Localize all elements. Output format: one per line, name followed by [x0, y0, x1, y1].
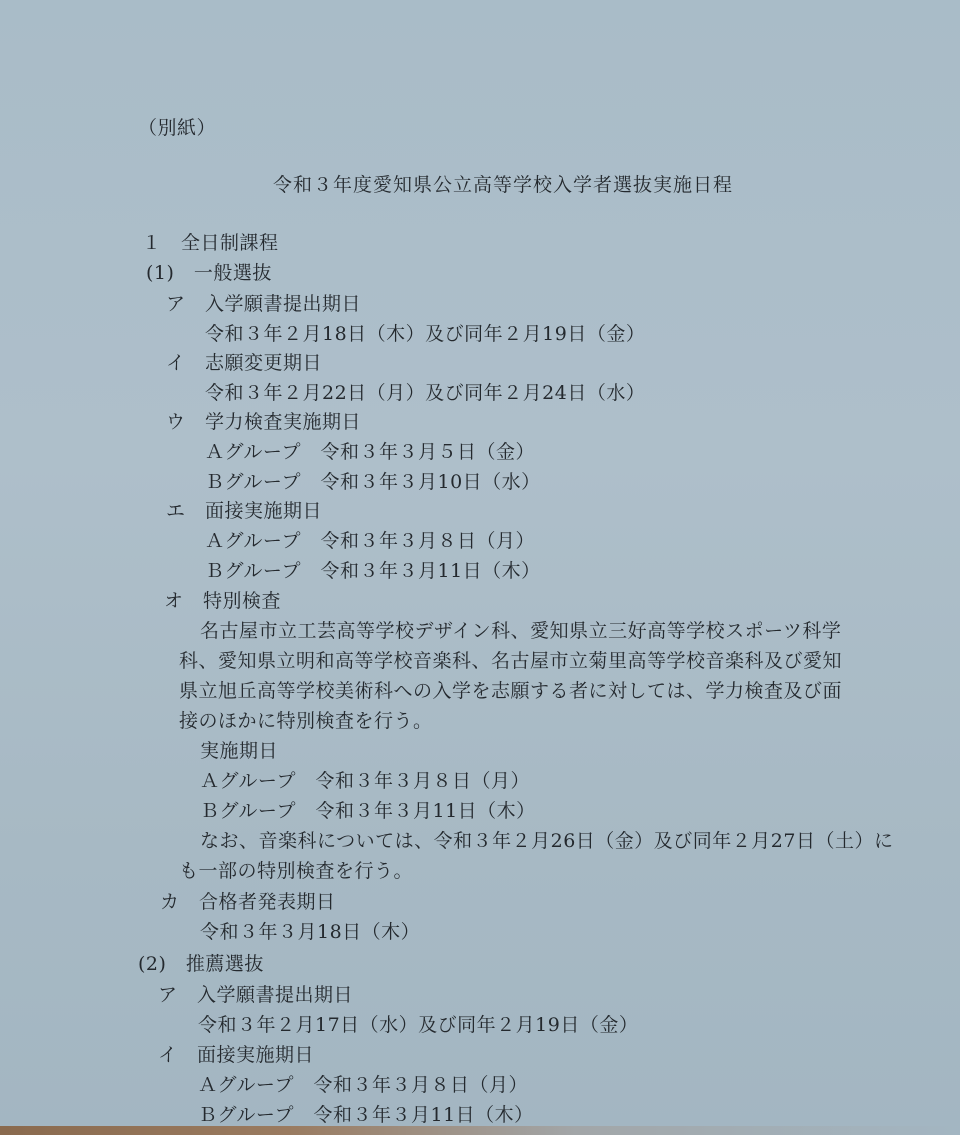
item-value: Ａグループ 令和３年３月８日（月）: [205, 529, 535, 553]
note-line: なお、音楽科については、令和３年２月26日（金）及び同年２月27日（土）に: [200, 829, 893, 853]
item-label: ア 入学願書提出期日: [158, 983, 353, 1007]
item-value: Ｂグループ 令和３年３月11日（木）: [198, 1103, 534, 1127]
item-sublabel: 実施期日: [200, 739, 278, 763]
item-value: 令和３年２月18日（木）及び同年２月19日（金）: [205, 322, 645, 346]
item-value: 令和３年３月18日（木）: [200, 920, 420, 944]
document-title: 令和３年度愛知県公立高等学校入学者選抜実施日程: [273, 173, 733, 197]
item-value: Ｂグループ 令和３年３月11日（木）: [205, 559, 541, 583]
item-value: Ａグループ 令和３年３月５日（金）: [205, 440, 535, 464]
attachment-label: （別紙）: [138, 116, 216, 140]
item-label: オ 特別検査: [164, 589, 281, 613]
item-label: ウ 学力検査実施期日: [166, 410, 361, 434]
paper-edge: [0, 1126, 960, 1135]
item-label: イ 面接実施期日: [158, 1043, 314, 1067]
section-heading: １ 全日制課程: [142, 231, 279, 255]
paragraph-line: 科、愛知県立明和高等学校音楽科、名古屋市立菊里高等学校音楽科及び愛知: [179, 649, 842, 673]
subsection-heading: (1) 一般選抜: [146, 261, 272, 285]
item-label: カ 合格者発表期日: [160, 890, 336, 914]
item-value: 令和３年２月22日（月）及び同年２月24日（水）: [205, 381, 645, 405]
item-value: 令和３年２月17日（水）及び同年２月19日（金）: [198, 1013, 638, 1037]
item-value: Ｂグループ 令和３年３月11日（木）: [200, 799, 536, 823]
paragraph-line: 県立旭丘高等学校美術科への入学を志願する者に対しては、学力検査及び面: [179, 679, 842, 703]
item-value: Ｂグループ 令和３年３月10日（水）: [205, 470, 541, 494]
paragraph-line: 名古屋市立工芸高等学校デザイン科、愛知県立三好高等学校スポーツ科学: [200, 619, 841, 643]
item-value: Ａグループ 令和３年３月８日（月）: [198, 1073, 528, 1097]
paragraph-line: 接のほかに特別検査を行う。: [179, 709, 433, 733]
item-label: イ 志願変更期日: [166, 351, 322, 375]
item-label: ア 入学願書提出期日: [166, 292, 361, 316]
subsection-heading: (2) 推薦選抜: [138, 952, 264, 976]
note-line: も一部の特別検査を行う。: [179, 859, 413, 883]
item-label: エ 面接実施期日: [166, 499, 322, 523]
item-value: Ａグループ 令和３年３月８日（月）: [200, 769, 530, 793]
